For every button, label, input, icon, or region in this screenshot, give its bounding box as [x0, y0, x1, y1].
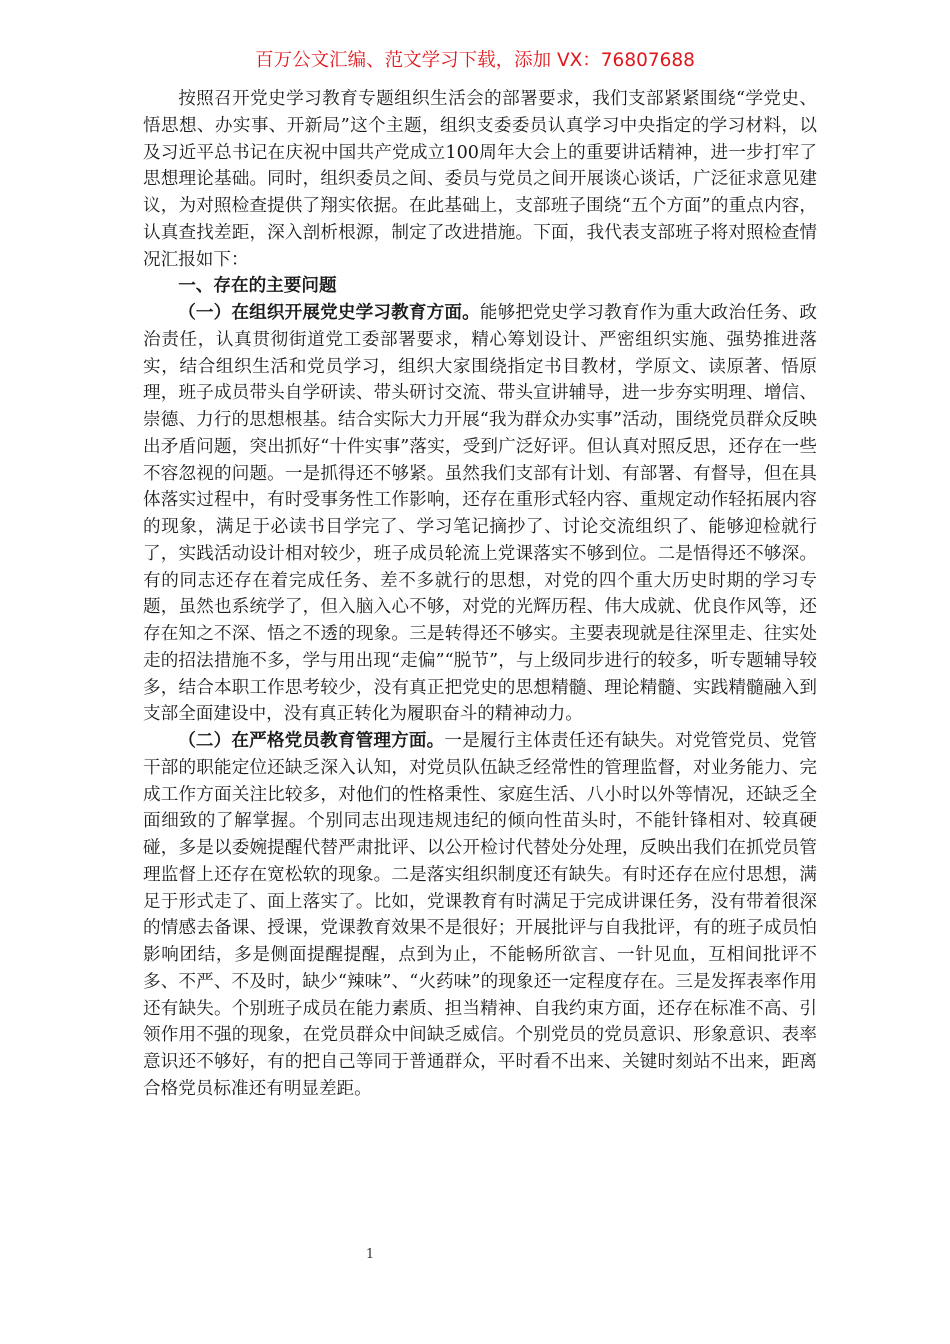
section-heading: 一、存在的主要问题	[143, 273, 817, 300]
subsection-text-1: 能够把党史学习教育作为重大政治任务、政治责任，认真贯彻街道党工委部署要求，精心筹…	[143, 303, 817, 724]
subsection-text-2: 一是履行主体责任还有缺失。对党管党员、党管干部的职能定位还缺乏深入认知，对党员队…	[143, 731, 817, 1099]
subsection-paragraph-2: （二）在严格党员教育管理方面。一是履行主体责任还有缺失。对党管党员、党管干部的职…	[143, 728, 817, 1103]
document-page: 百万公文汇编、范文学习下载，添加 VX：76807688 按照召开党史学习教育专…	[0, 0, 950, 1344]
watermark-banner: 百万公文汇编、范文学习下载，添加 VX：76807688	[0, 46, 950, 72]
subsection-heading-2: （二）在严格党员教育管理方面。	[178, 731, 444, 751]
subsection-paragraph-1: （一）在组织开展党史学习教育方面。能够把党史学习教育作为重大政治任务、政治责任，…	[143, 300, 817, 728]
page-number: 1	[360, 1247, 380, 1262]
document-body: 按照召开党史学习教育专题组织生活会的部署要求，我们支部紧紧围绕“学党史、悟思想、…	[143, 86, 817, 1103]
subsection-heading-1: （一）在组织开展党史学习教育方面。	[178, 303, 480, 323]
intro-paragraph: 按照召开党史学习教育专题组织生活会的部署要求，我们支部紧紧围绕“学党史、悟思想、…	[143, 86, 817, 273]
